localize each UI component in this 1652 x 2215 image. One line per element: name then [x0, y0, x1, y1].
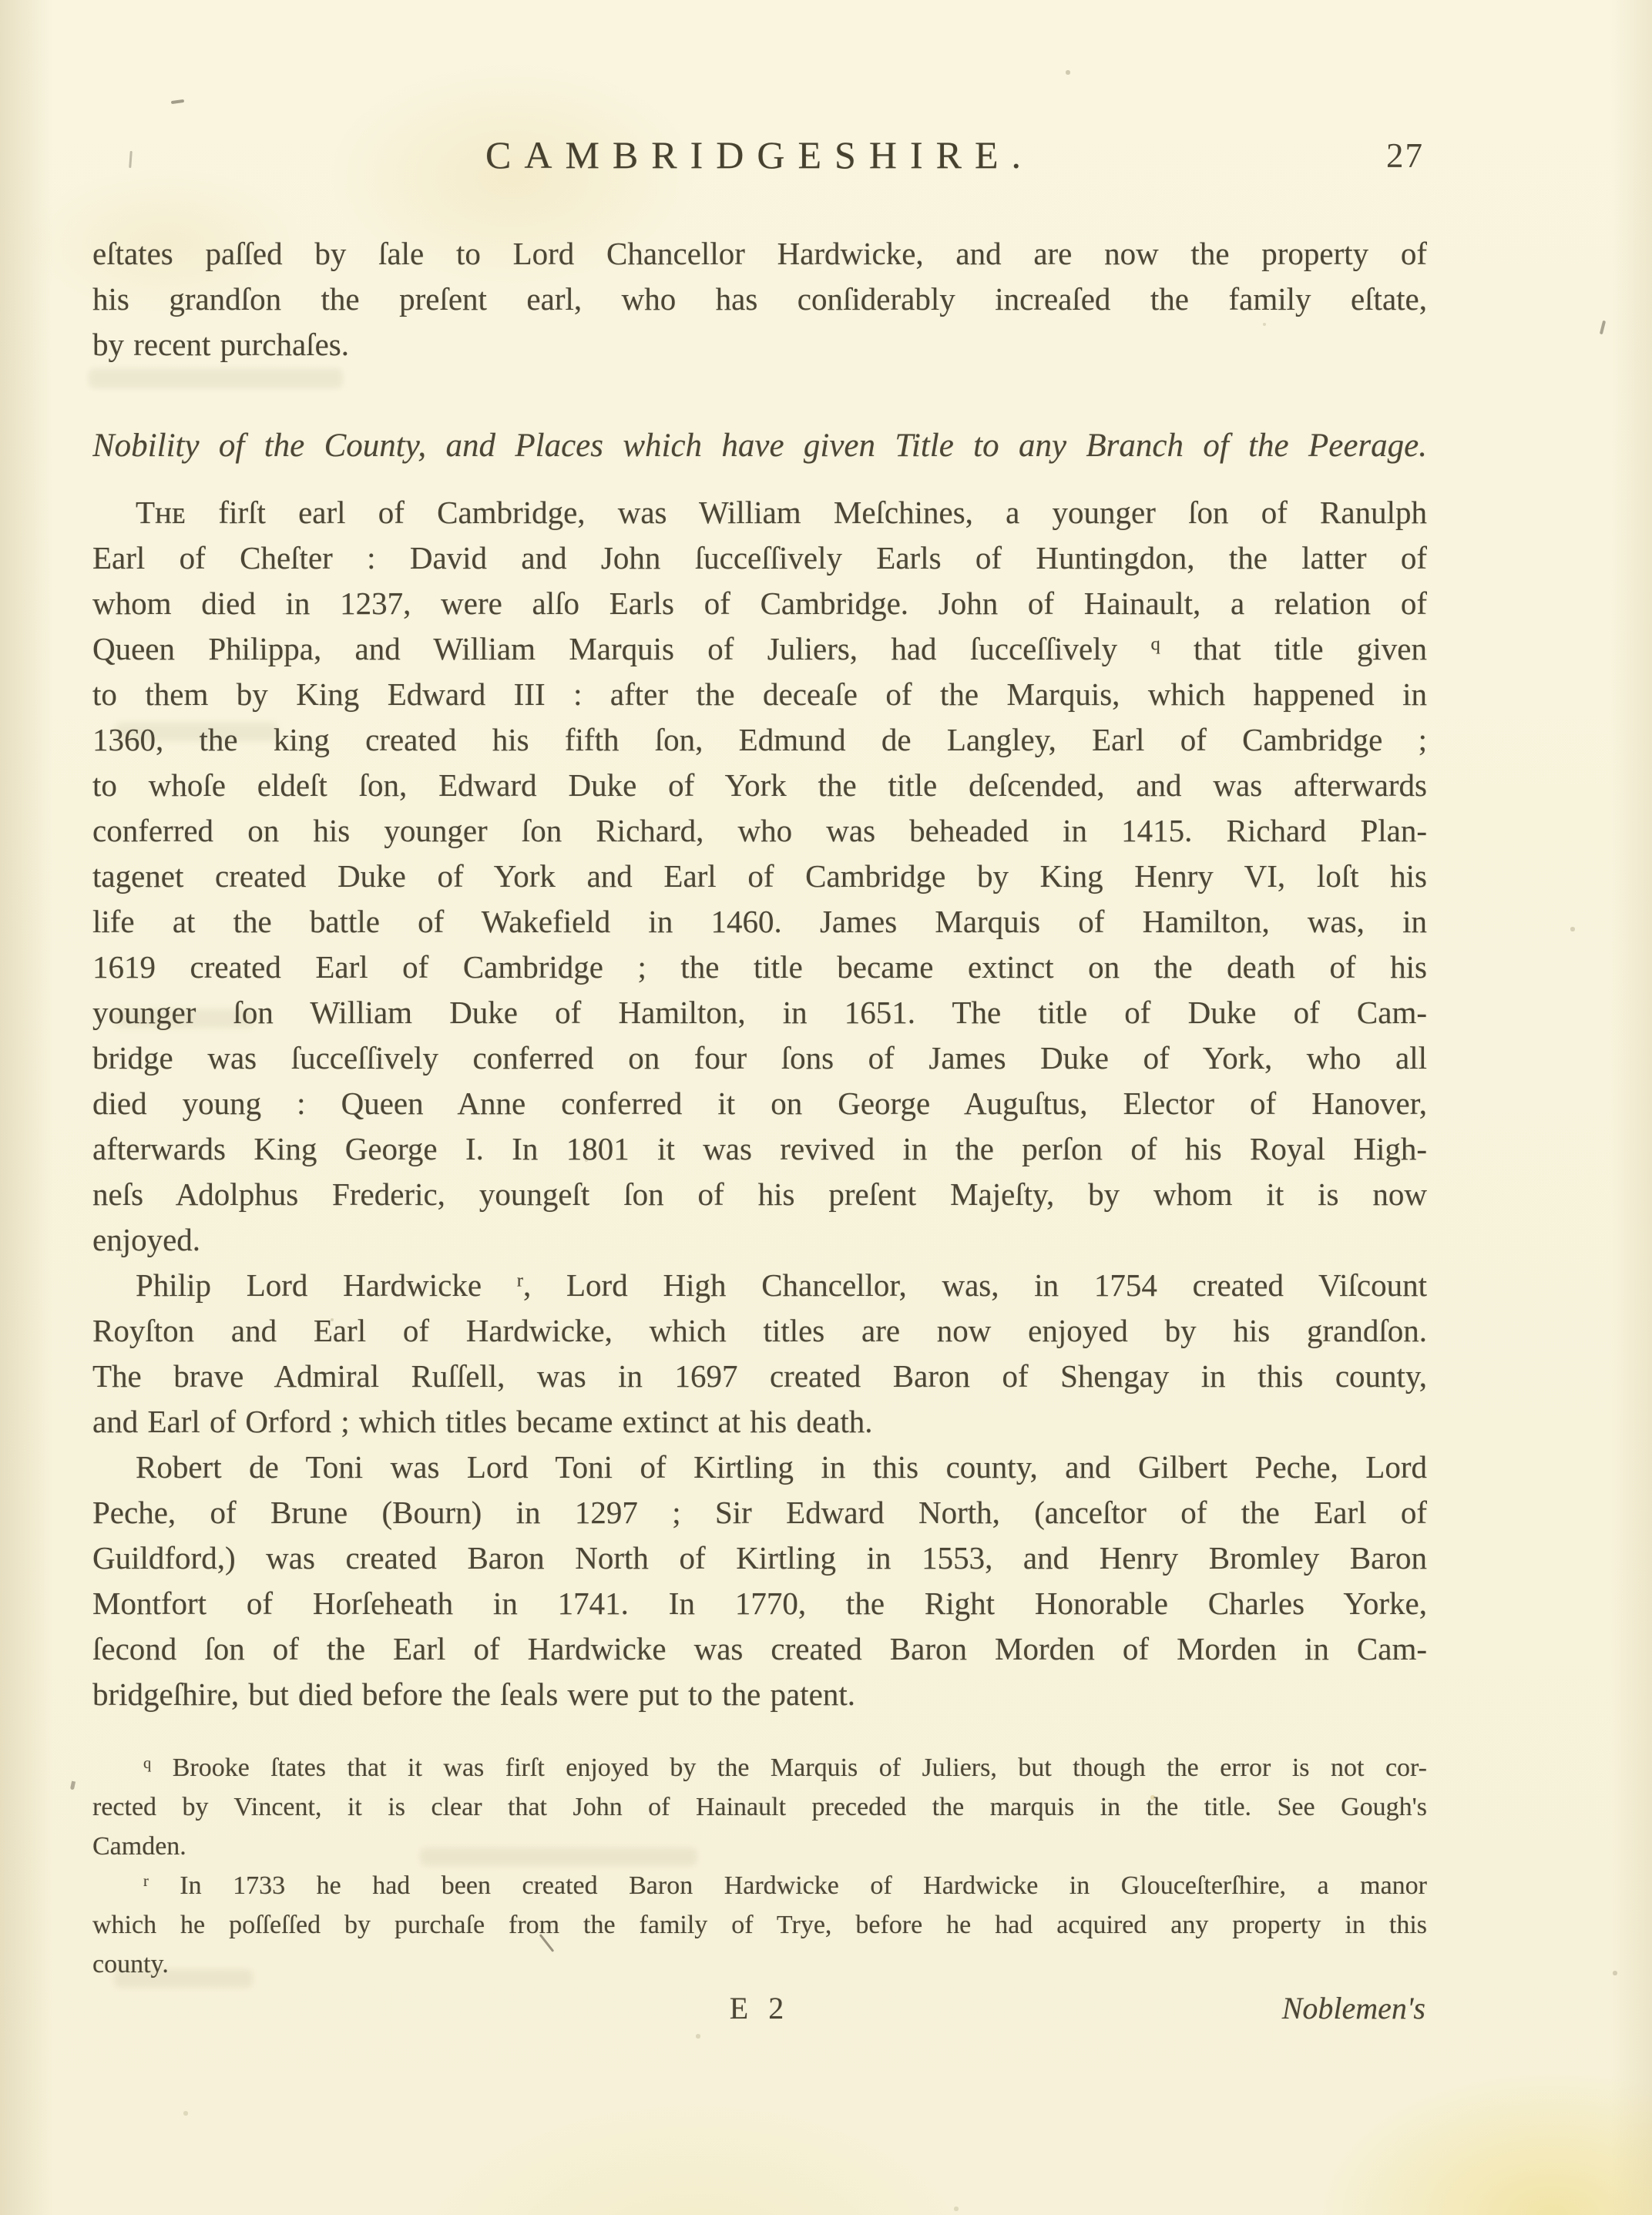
text-line: to whoſe eldeſt ſon, Edward Duke of York…	[92, 763, 1427, 808]
stray-ink-mark	[1600, 321, 1606, 334]
footnotes: q Brooke ſtates that it was firſt enjoye…	[92, 1748, 1427, 1984]
book-page: CAMBRIDGESHIRE. 27 eſtates paſſed by ſal…	[0, 0, 1652, 2215]
text-line: rected by Vincent, it is clear that John…	[92, 1787, 1427, 1827]
text-line: county.	[92, 1945, 1427, 1984]
section-heading: Nobility of the County, and Places which…	[92, 423, 1427, 468]
text-line: life at the battle of Wakefield in 1460.…	[92, 899, 1427, 945]
footnote-r: r In 1733 he had been created Baron Hard…	[92, 1866, 1427, 1984]
text-line: afterwards King George I. In 1801 it was…	[92, 1126, 1427, 1172]
text-line: conferred on his younger ſon Richard, wh…	[92, 808, 1427, 854]
page-title: CAMBRIDGESHIRE.	[92, 129, 1427, 180]
text-line: neſs Adolphus Frederic, youngeſt ſon of …	[92, 1172, 1427, 1217]
text-line: ſecond ſon of the Earl of Hardwicke was …	[92, 1626, 1427, 1672]
text-line: eſtates paſſed by ſale to Lord Chancello…	[92, 231, 1427, 277]
paragraph-earls-of-cambridge: Tʜᴇ firſt earl of Cambridge, was William…	[92, 490, 1427, 1263]
text-line: The brave Admiral Ruſſell, was in 1697 c…	[92, 1354, 1427, 1399]
text-line: whom died in 1237, were alſo Earls of Ca…	[92, 581, 1427, 626]
text-line: Royſton and Earl of Hardwicke, which tit…	[92, 1308, 1427, 1354]
catchword: Noblemen's	[1282, 1990, 1425, 2026]
text-line: died young : Queen Anne conferred it on …	[92, 1081, 1427, 1126]
text-line: 1360, the king created his fifth ſon, Ed…	[92, 717, 1427, 763]
text-line: younger ſon William Duke of Hamilton, in…	[92, 990, 1427, 1035]
running-header: CAMBRIDGESHIRE. 27	[92, 129, 1427, 180]
text-line: Montfort of Horſeheath in 1741. In 1770,…	[92, 1581, 1427, 1626]
text-line: enjoyed.	[92, 1217, 1427, 1263]
text-line: his grandſon the preſent earl, who has c…	[92, 277, 1427, 322]
text-line: by recent purchaſes.	[92, 322, 1427, 367]
page-footer: E 2 Noblemen's	[92, 1990, 1427, 2032]
text-line: q Brooke ſtates that it was firſt enjoye…	[92, 1748, 1427, 1787]
text-line: Peche, of Brune (Bourn) in 1297 ; Sir Ed…	[92, 1490, 1427, 1535]
text-line: Earl of Cheſter : David and John ſucceſſ…	[92, 535, 1427, 581]
text-line: bridge was ſucceſſively conferred on fou…	[92, 1035, 1427, 1081]
section-heading-text: Nobility of the County, and Places which…	[92, 423, 1427, 468]
stray-ink-mark	[70, 1781, 76, 1790]
text-line: which he poſſeſſed by purchaſe from the …	[92, 1905, 1427, 1945]
footnote-q: q Brooke ſtates that it was firſt enjoye…	[92, 1748, 1427, 1866]
text-line: and Earl of Orford ; which titles became…	[92, 1399, 1427, 1445]
text-line: Tʜᴇ firſt earl of Cambridge, was William…	[92, 490, 1427, 535]
text-line: Queen Philippa, and William Marquis of J…	[92, 626, 1427, 672]
text-line: bridgeſhire, but died before the ſeals w…	[92, 1672, 1427, 1717]
text-line: tagenet created Duke of York and Earl of…	[92, 854, 1427, 899]
text-line: 1619 created Earl of Cambridge ; the tit…	[92, 945, 1427, 990]
text-column: CAMBRIDGESHIRE. 27 eſtates paſſed by ſal…	[92, 0, 1427, 2032]
foxing-specks	[0, 0, 2, 2]
text-line: Camden.	[92, 1827, 1427, 1866]
text-line: r In 1733 he had been created Baron Hard…	[92, 1866, 1427, 1905]
paragraph-hardwicke-orford: Philip Lord Hardwicke r, Lord High Chanc…	[92, 1263, 1427, 1445]
text-line: Philip Lord Hardwicke r, Lord High Chanc…	[92, 1263, 1427, 1308]
text-line: to them by King Edward III : after the d…	[92, 672, 1427, 717]
intro-paragraph: eſtates paſſed by ſale to Lord Chancello…	[92, 231, 1427, 367]
signature-mark: E 2	[730, 1990, 790, 2026]
paragraph-barons: Robert de Toni was Lord Toni of Kirtling…	[92, 1445, 1427, 1717]
text-line: Guildford,) was created Baron North of K…	[92, 1535, 1427, 1581]
page-number: 27	[1386, 136, 1424, 176]
text-line: Robert de Toni was Lord Toni of Kirtling…	[92, 1445, 1427, 1490]
